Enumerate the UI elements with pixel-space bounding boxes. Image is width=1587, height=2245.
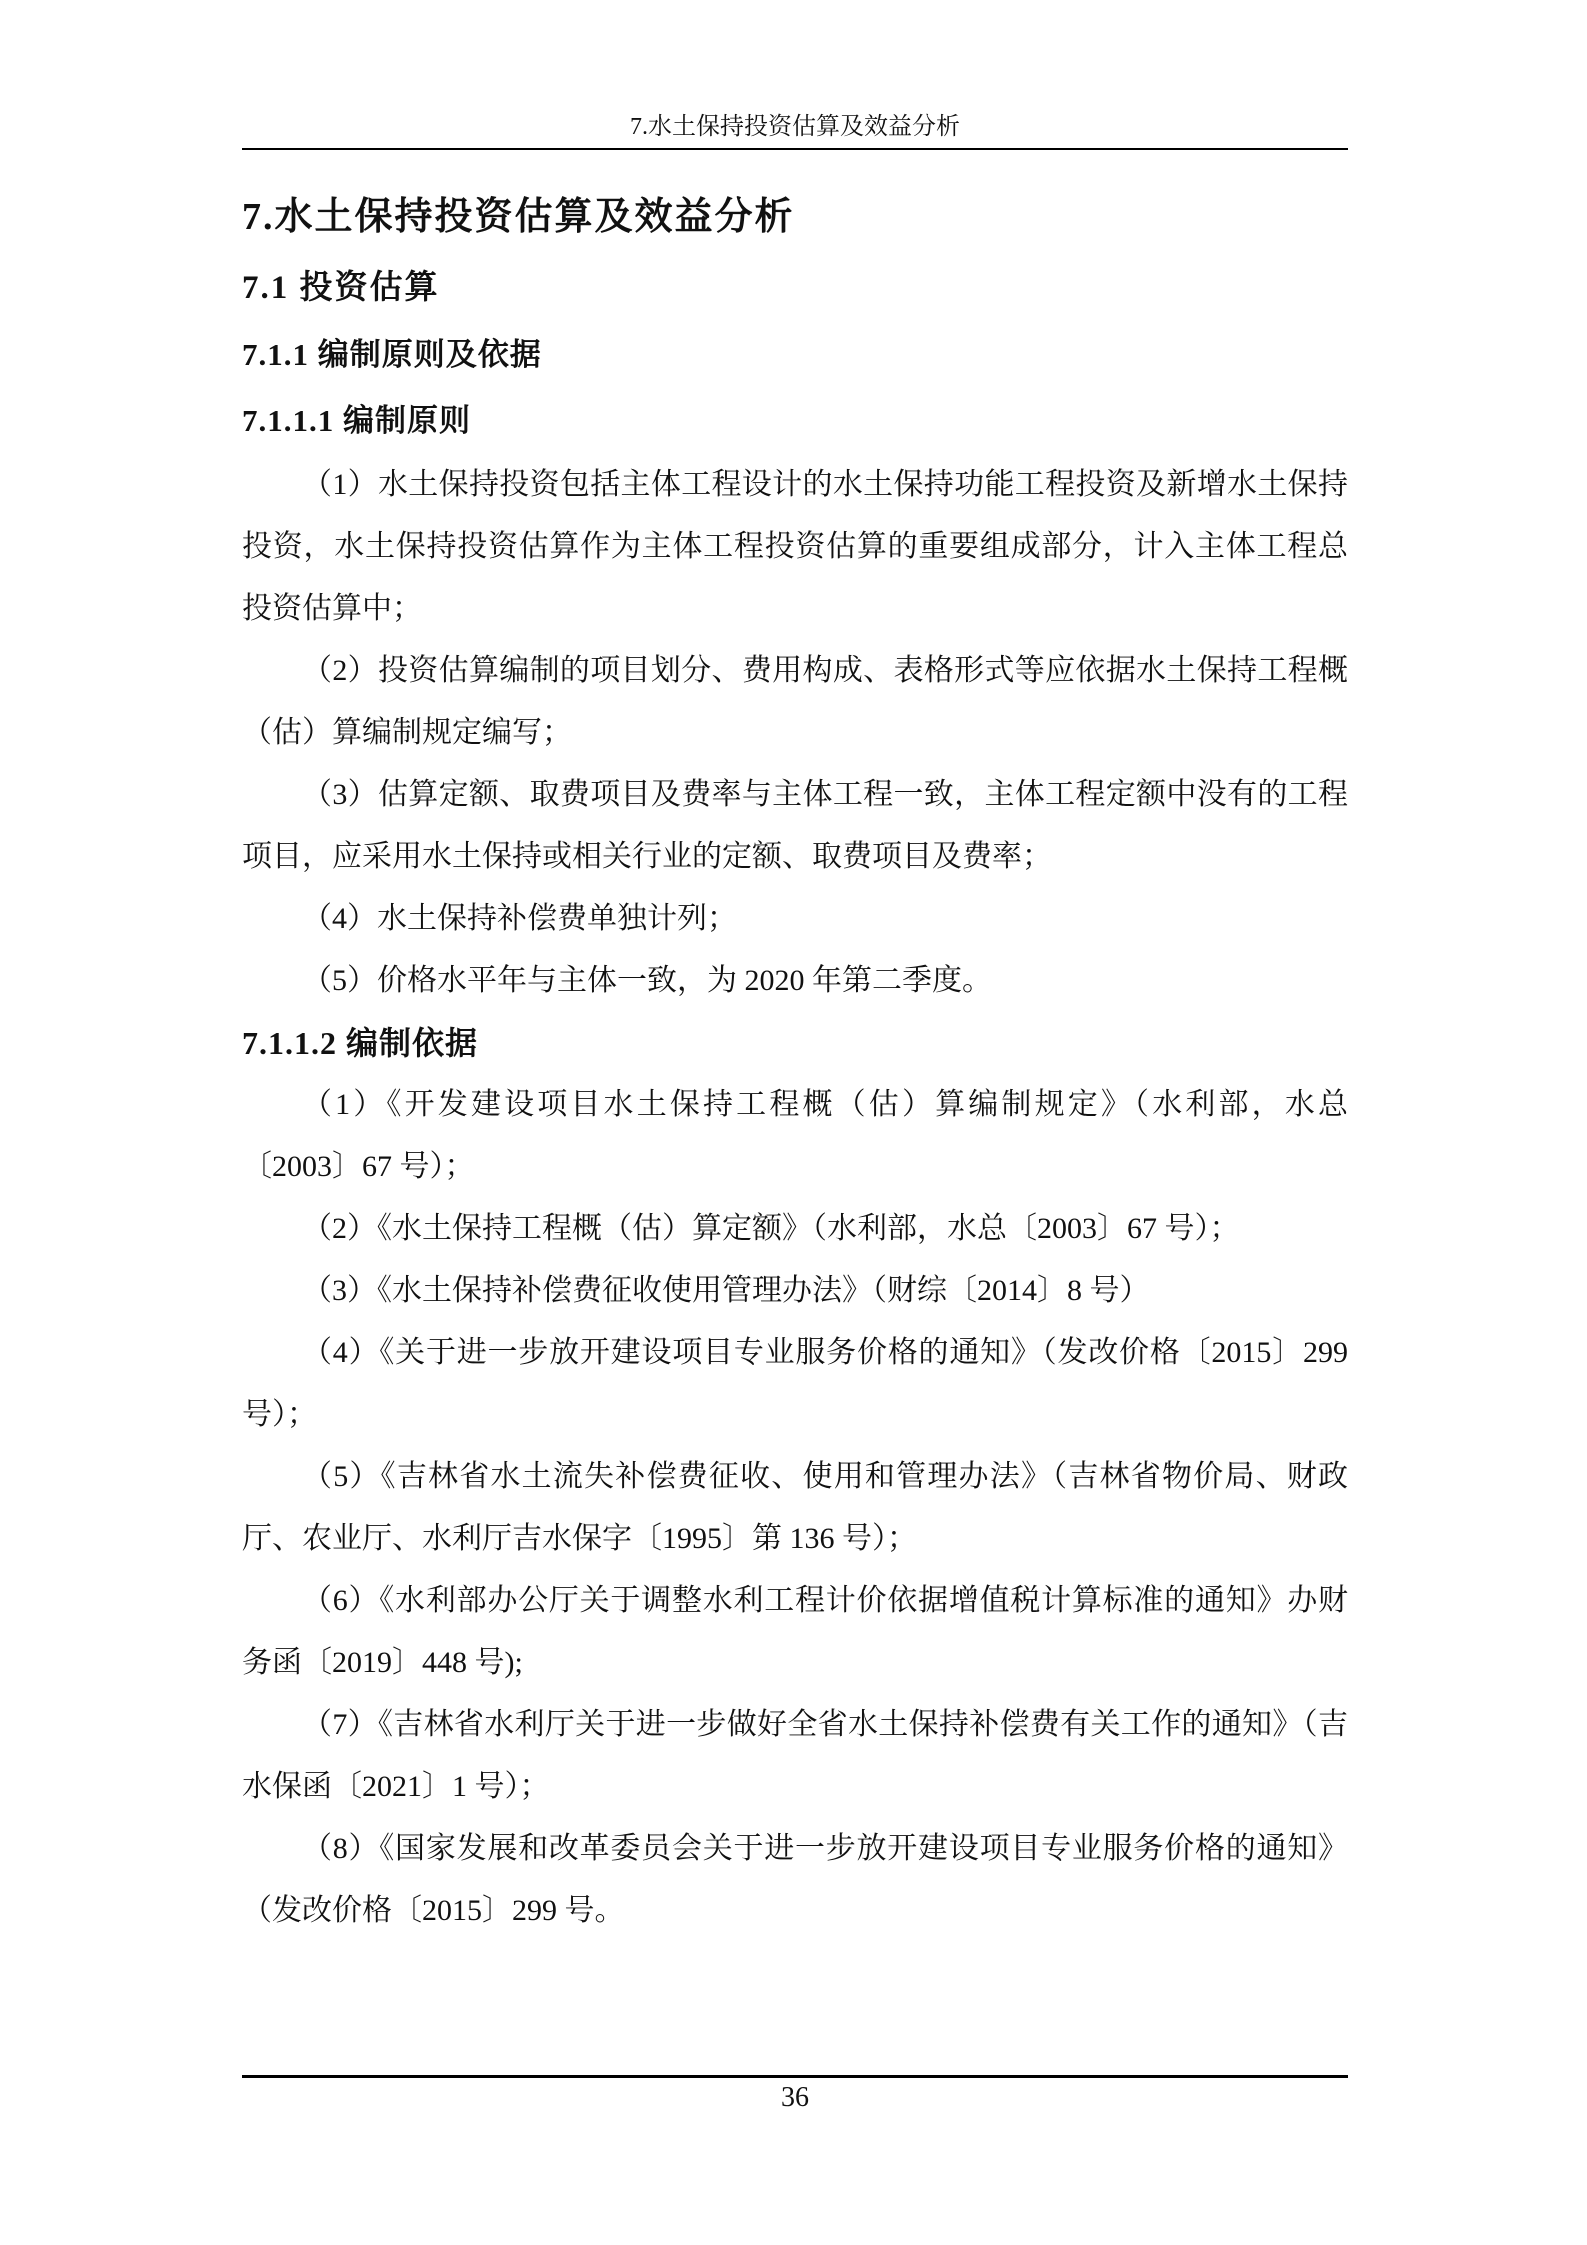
page-content: 7.水土保持投资估算及效益分析 7.1 投资估算 7.1.1 编制原则及依据 7… [242, 0, 1348, 1942]
section-title-investment-estimate: 7.1 投资估算 [242, 270, 1348, 306]
principle-paragraph-3: （3）估算定额、取费项目及费率与主体工程一致，主体工程定额中没有的工程项目，应采… [242, 764, 1348, 888]
chapter-title: 7.水土保持投资估算及效益分析 [242, 195, 1348, 239]
page-number: 36 [242, 2082, 1348, 2114]
document-page: 7.水土保持投资估算及效益分析 7.水土保持投资估算及效益分析 7.1 投资估算… [0, 0, 1587, 2245]
principle-paragraph-4: （4）水土保持补偿费单独计列； [242, 888, 1348, 950]
principle-paragraph-1: （1）水土保持投资包括主体工程设计的水土保持功能工程投资及新增水土保持投资，水土… [242, 454, 1348, 640]
subsubsection-title-principles: 7.1.1.1 编制原则 [242, 403, 1348, 439]
subsubsection-title-bases: 7.1.1.2 编制依据 [242, 1012, 1348, 1074]
basis-paragraph-3: （3）《水土保持补偿费征收使用管理办法》（财综〔2014〕8 号） [242, 1260, 1348, 1322]
principle-paragraph-2: （2）投资估算编制的项目划分、费用构成、表格形式等应依据水土保持工程概（估）算编… [242, 640, 1348, 764]
basis-paragraph-4: （4）《关于进一步放开建设项目专业服务价格的通知》（发改价格〔2015〕299 … [242, 1322, 1348, 1446]
basis-paragraph-8: （8）《国家发展和改革委员会关于进一步放开建设项目专业服务价格的通知》（发改价格… [242, 1818, 1348, 1942]
basis-paragraph-2: （2）《水土保持工程概（估）算定额》（水利部，水总〔2003〕67 号）； [242, 1198, 1348, 1260]
basis-paragraph-5: （5）《吉林省水土流失补偿费征收、使用和管理办法》（吉林省物价局、财政厅、农业厅… [242, 1446, 1348, 1570]
principle-paragraph-5: （5）价格水平年与主体一致，为 2020 年第二季度。 [242, 950, 1348, 1012]
subsection-title-principles-and-bases: 7.1.1 编制原则及依据 [242, 337, 1348, 373]
basis-paragraph-7: （7）《吉林省水利厅关于进一步做好全省水土保持补偿费有关工作的通知》（吉水保函〔… [242, 1694, 1348, 1818]
footer-rule [242, 2075, 1348, 2078]
basis-paragraph-1: （1）《开发建设项目水土保持工程概（估）算编制规定》（水利部，水总〔2003〕6… [242, 1074, 1348, 1198]
basis-paragraph-6: （6）《水利部办公厅关于调整水利工程计价依据增值税计算标准的通知》办财务函〔20… [242, 1570, 1348, 1694]
